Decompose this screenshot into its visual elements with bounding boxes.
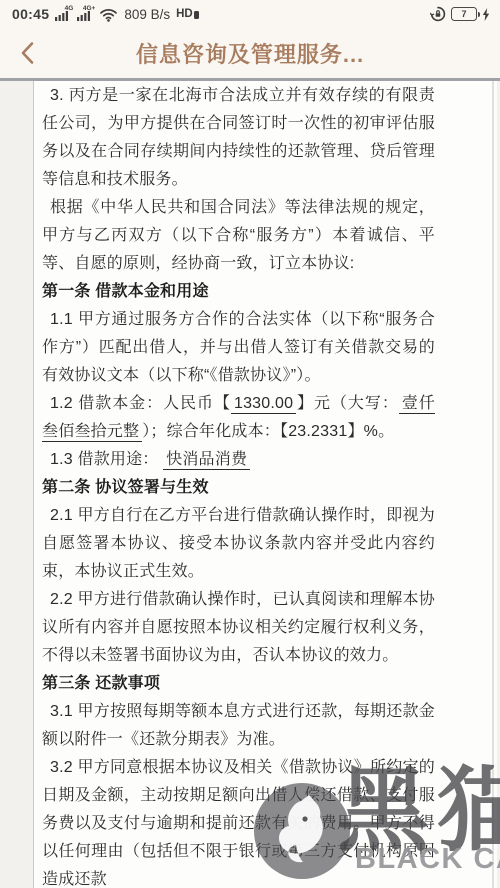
battery-icon: 7	[451, 7, 477, 21]
battery-cap	[478, 12, 481, 17]
doc-paragraph: 1.2 借款本金：人民币【1330.00】元（大写：壹仟叁佰叁拾元整）；综合年化…	[42, 390, 435, 446]
doc-text-segment: 3.1 甲方按照每期等额本息方式进行还款，每期还款金额以附件一《还款分期表》为准…	[42, 703, 435, 748]
doc-text-segment: 根据《中华人民共和国合同法》等法律法规的规定，甲方与乙丙双方（以下合称“服务方”…	[42, 199, 435, 272]
doc-text-segment: 】元（大写：	[296, 395, 399, 412]
clock: 00:45	[12, 6, 49, 22]
doc-text-segment: 3. 丙方是一家在北海市合法成立并有效存续的有限责任公司，为甲方提供在合同签订时…	[42, 87, 435, 188]
doc-heading: 第二条 协议签署与生效	[42, 474, 435, 502]
doc-paragraph: 1.1 甲方通过服务方合作的合法实体（以下称“服务合作方”）匹配出借人，并与出借…	[42, 306, 435, 390]
sim2-network-label: 4G+	[83, 6, 95, 13]
doc-paragraph: 2.1 甲方自行在乙方平台进行借款确认操作时，即视为自愿签署本协议、接受本协议条…	[42, 502, 435, 586]
underlined-value: 快消品消费	[163, 451, 250, 470]
doc-text-segment: 第一条 借款本金和用途	[42, 283, 209, 300]
doc-text-segment: 1.3 借款用途：	[50, 451, 163, 468]
document-scroll-area[interactable]: 3. 丙方是一家在北海市合法成立并有效存续的有限责任公司，为甲方提供在合同签订时…	[0, 81, 500, 888]
page-title: 信息咨询及管理服务...	[0, 38, 500, 69]
doc-text-segment: 第二条 协议签署与生效	[42, 479, 209, 496]
hd-voice-icon: HD	[176, 8, 199, 20]
scrollbar[interactable]	[492, 81, 494, 888]
doc-paragraph: 3. 丙方是一家在北海市合法成立并有效存续的有限责任公司，为甲方提供在合同签订时…	[42, 82, 435, 194]
wifi-icon	[99, 7, 118, 22]
phone-screen: { "status_bar": { "time": "00:45", "sim1…	[0, 0, 500, 888]
charging-bolt-icon	[482, 8, 490, 21]
network-speed: 809 B/s	[124, 7, 170, 22]
doc-paragraph: 2.2 甲方进行借款确认操作时，已认真阅读和理解本协议所有内容并自愿按照本协议相…	[42, 586, 435, 670]
status-bar-right: 7	[430, 6, 490, 22]
doc-text-segment: 3.2 甲方同意根据本协议及相关《借款协议》所约定的日期及金额，主动按期足额向出…	[42, 759, 435, 888]
signal-icon: 4G+	[77, 7, 93, 22]
doc-text-segment: 2.1 甲方自行在乙方平台进行借款确认操作时，即视为自愿签署本协议、接受本协议条…	[42, 507, 435, 580]
doc-paragraph: 3.2 甲方同意根据本协议及相关《借款协议》所约定的日期及金额，主动按期足额向出…	[42, 754, 435, 888]
doc-paragraph: 3.1 甲方按照每期等额本息方式进行还款，每期还款金额以附件一《还款分期表》为准…	[42, 698, 435, 754]
status-bar: 00:45 4G 4G+ 809 B/s	[0, 0, 500, 28]
doc-heading: 第一条 借款本金和用途	[42, 278, 435, 306]
doc-text-segment: ）；综合年化成本：【23.2331】%。	[142, 423, 394, 440]
hd-label: HD	[176, 8, 193, 20]
doc-paragraph: 根据《中华人民共和国合同法》等法律法规的规定，甲方与乙丙双方（以下合称“服务方”…	[42, 194, 435, 278]
doc-paragraph: 1.3 借款用途： 快消品消费	[42, 446, 435, 474]
signal-icon: 4G	[55, 7, 71, 22]
sim1-network-label: 4G	[65, 6, 74, 13]
rotation-lock-icon	[430, 6, 446, 22]
doc-text-segment: 2.2 甲方进行借款确认操作时，已认真阅读和理解本协议所有内容并自愿按照本协议相…	[42, 591, 435, 664]
doc-text-segment: 1.2 借款本金：人民币【	[50, 395, 231, 412]
hd-voice-handset-icon	[194, 11, 199, 19]
status-bar-left: 00:45 4G 4G+ 809 B/s	[12, 6, 430, 22]
contract-text: 3. 丙方是一家在北海市合法成立并有效存续的有限责任公司，为甲方提供在合同签订时…	[42, 82, 435, 888]
doc-text-segment: 第三条 还款事项	[42, 675, 160, 692]
doc-heading: 第三条 还款事项	[42, 670, 435, 698]
document-page: 3. 丙方是一家在北海市合法成立并有效存续的有限责任公司，为甲方提供在合同签订时…	[33, 81, 497, 888]
underlined-value: 1330.00	[231, 395, 296, 414]
doc-text-segment: 1.1 甲方通过服务方合作的合法实体（以下称“服务合作方”）匹配出借人，并与出借…	[42, 311, 435, 384]
battery-level: 7	[461, 10, 466, 19]
nav-bar: 信息咨询及管理服务...	[0, 28, 500, 78]
